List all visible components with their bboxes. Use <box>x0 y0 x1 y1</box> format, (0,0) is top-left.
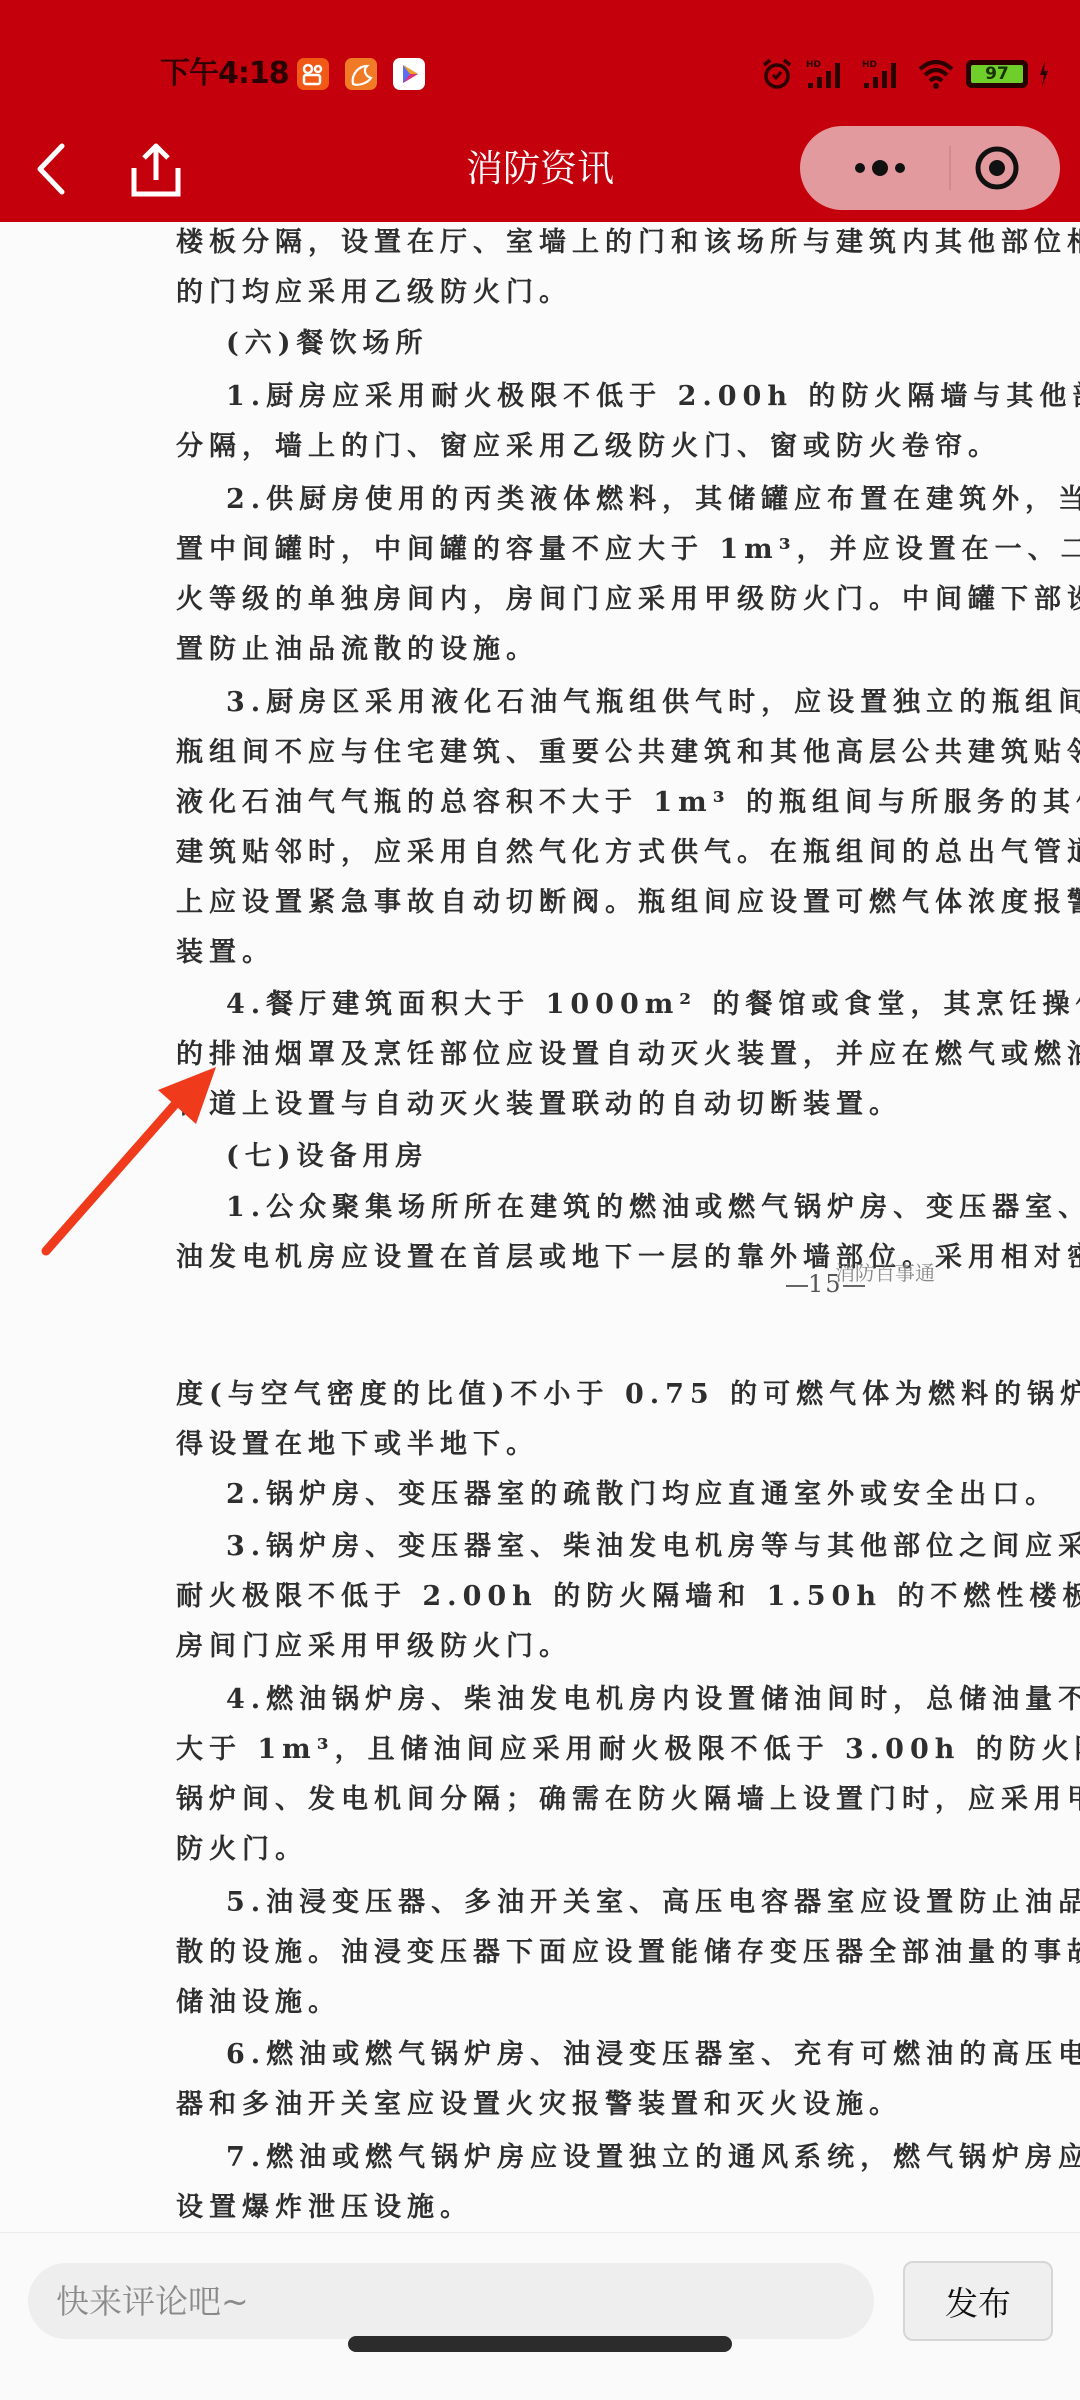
section-heading: (七)设备用房 <box>226 1137 429 1177</box>
doc-line: 储油设施。 <box>176 1983 341 2023</box>
mini-program-capsule <box>800 126 1060 210</box>
doc-line: 楼板分隔，设置在厅、室墙上的门和该场所与建筑内其他部位相通 <box>176 223 1080 263</box>
section-heading: (六)餐饮场所 <box>226 324 429 364</box>
doc-line: 6.燃油或燃气锅炉房、油浸变压器室、充有可燃油的高压电容 <box>226 2035 1080 2075</box>
battery-icon: 97 <box>966 60 1028 88</box>
publish-button[interactable]: 发布 <box>903 2261 1053 2341</box>
doc-line: 置防止油品流散的设施。 <box>176 630 539 670</box>
target-close-icon <box>950 126 1060 210</box>
kuaishou-icon <box>297 58 329 90</box>
article-content[interactable]: 楼板分隔，设置在厅、室墙上的门和该场所与建筑内其他部位相通 的门均应采用乙级防火… <box>0 222 1080 2232</box>
comment-bar: 发布 <box>0 2232 1080 2400</box>
doc-line: 4.餐厅建筑面积大于 1000m² 的餐馆或食堂，其烹饪操作间 <box>226 985 1080 1025</box>
doc-line: 上应设置紧急事故自动切断阀。瓶组间应设置可燃气体浓度报警 <box>176 883 1080 923</box>
watermark: 消防百事通 <box>835 1257 935 1286</box>
doc-line: 设置爆炸泄压设施。 <box>176 2188 473 2228</box>
doc-line: 得设置在地下或半地下。 <box>176 1425 539 1465</box>
doc-line: 装置。 <box>176 933 275 973</box>
doc-line: 7.燃油或燃气锅炉房应设置独立的通风系统，燃气锅炉房应 <box>226 2138 1080 2178</box>
nav-bar: 消防资讯 <box>0 118 1080 218</box>
battery-level: 97 <box>971 65 1023 83</box>
doc-line: 的排油烟罩及烹饪部位应设置自动灭火装置，并应在燃气或燃油 <box>176 1035 1080 1075</box>
doc-line: 分隔，墙上的门、窗应采用乙级防火门、窗或防火卷帘。 <box>176 427 1001 467</box>
doc-line: 瓶组间不应与住宅建筑、重要公共建筑和其他高层公共建筑贴邻。 <box>176 733 1080 773</box>
status-bar: 下午4:18 HD HD 97 <box>0 52 1080 96</box>
doc-line: 的门均应采用乙级防火门。 <box>176 273 572 313</box>
doc-line: 大于 1m³，且储油间应采用耐火极限不低于 3.00h 的防火隔墙与 <box>176 1730 1080 1770</box>
doc-line: 散的设施。油浸变压器下面应设置能储存变压器全部油量的事故 <box>176 1933 1080 1973</box>
charging-icon <box>1038 59 1050 89</box>
alarm-icon <box>760 57 794 91</box>
doc-line: 1.公众聚集场所所在建筑的燃油或燃气锅炉房、变压器室、柴 <box>226 1188 1080 1228</box>
top-bar: 下午4:18 HD HD 97 消防资讯 <box>0 0 1080 222</box>
doc-line: 器和多油开关室应设置火灾报警装置和灭火设施。 <box>176 2085 902 2125</box>
doc-line: 2.锅炉房、变压器室的疏散门均应直通室外或安全出口。 <box>226 1475 1058 1515</box>
doc-line: 置中间罐时，中间罐的容量不应大于 1m³，并应设置在一、二级耐 <box>176 530 1080 570</box>
doc-line: 防火门。 <box>176 1830 308 1870</box>
doc-line: 5.油浸变压器、多油开关室、高压电容器室应设置防止油品流 <box>226 1883 1080 1923</box>
home-indicator[interactable] <box>348 2336 732 2352</box>
doc-line: 锅炉间、发电机间分隔；确需在防火隔墙上设置门时，应采用甲级 <box>176 1780 1080 1820</box>
doc-line: 管道上设置与自动灭火装置联动的自动切断装置。 <box>176 1085 902 1125</box>
svg-text:HD: HD <box>862 60 877 70</box>
doc-line: 1.厨房应采用耐火极限不低于 2.00h 的防火隔墙与其他部位 <box>226 377 1080 417</box>
doc-line: 油发电机房应设置在首层或地下一层的靠外墙部位。采用相对密 <box>176 1238 1080 1278</box>
uc-browser-icon <box>345 58 377 90</box>
doc-line: 耐火极限不低于 2.00h 的防火隔墙和 1.50h 的不燃性楼板分隔， <box>176 1577 1080 1617</box>
doc-line: 建筑贴邻时，应采用自然气化方式供气。在瓶组间的总出气管道 <box>176 833 1080 873</box>
video-player-icon <box>393 58 425 90</box>
doc-line: 4.燃油锅炉房、柴油发电机房内设置储油间时，总储油量不应 <box>226 1680 1080 1720</box>
doc-line: 3.厨房区采用液化石油气瓶组供气时，应设置独立的瓶组间， <box>226 683 1080 723</box>
signal-hd-1-icon: HD <box>804 57 850 91</box>
status-time: 下午4:18 <box>160 52 289 96</box>
signal-hd-2-icon: HD <box>860 57 906 91</box>
svg-text:HD: HD <box>806 60 821 70</box>
wifi-icon <box>916 57 956 91</box>
more-dots-icon <box>800 126 948 210</box>
status-indicators: HD HD 97 <box>760 52 1050 96</box>
doc-line: 2.供厨房使用的丙类液体燃料，其储罐应布置在建筑外，当设 <box>226 480 1080 520</box>
doc-line: 火等级的单独房间内，房间门应采用甲级防火门。中间罐下部设 <box>176 580 1080 620</box>
doc-line: 液化石油气气瓶的总容积不大于 1m³ 的瓶组间与所服务的其他 <box>176 783 1080 823</box>
comment-input[interactable] <box>28 2263 874 2339</box>
doc-line: 3.锅炉房、变压器室、柴油发电机房等与其他部位之间应采用 <box>226 1527 1080 1567</box>
doc-line: 度(与空气密度的比值)不小于 0.75 的可燃气体为燃料的锅炉，不 <box>176 1375 1080 1415</box>
more-button[interactable] <box>800 126 948 210</box>
close-mini-program-button[interactable] <box>950 126 1060 210</box>
doc-line: 房间门应采用甲级防火门。 <box>176 1627 572 1667</box>
